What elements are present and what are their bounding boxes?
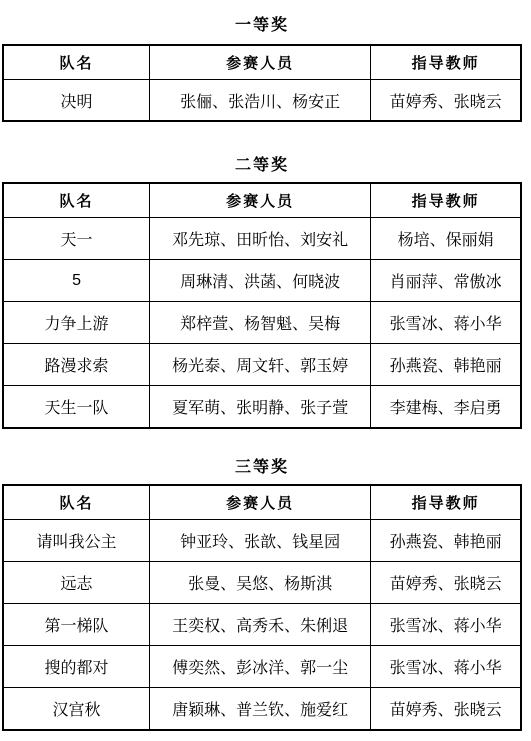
teachers-cell: 孙燕瓷、韩艳丽: [371, 344, 521, 386]
team-name-cell: 天一: [3, 218, 150, 260]
table-row: 决明 张俪、张浩川、杨安正 苗婷秀、张晓云: [3, 80, 521, 122]
column-header-participants: 参赛人员: [150, 183, 371, 218]
participants-cell: 周琳清、洪菡、何晓波: [150, 260, 371, 302]
teachers-cell: 张雪冰、蒋小华: [371, 646, 521, 688]
participants-cell: 张俪、张浩川、杨安正: [150, 80, 371, 122]
teachers-cell: 孙燕瓷、韩艳丽: [371, 520, 521, 562]
team-name-cell: 天生一队: [3, 386, 150, 429]
teachers-cell: 杨培、保丽娟: [371, 218, 521, 260]
table-row: 搜的都对 傅奕然、彭冰洋、郭一尘 张雪冰、蒋小华: [3, 646, 521, 688]
team-name-cell: 路漫求索: [3, 344, 150, 386]
column-header-participants: 参赛人员: [150, 485, 371, 520]
teachers-cell: 苗婷秀、张晓云: [371, 562, 521, 604]
team-name-cell: 请叫我公主: [3, 520, 150, 562]
table-row: 天生一队 夏军萌、张明静、张子萱 李建梅、李启勇: [3, 386, 521, 429]
teachers-cell: 苗婷秀、张晓云: [371, 688, 521, 731]
column-header-participants: 参赛人员: [150, 45, 371, 80]
participants-cell: 张曼、吴悠、杨斯淇: [150, 562, 371, 604]
team-name-cell: 力争上游: [3, 302, 150, 344]
participants-cell: 邓先琼、田昕怡、刘安礼: [150, 218, 371, 260]
column-header-team-name: 队名: [3, 183, 150, 218]
teachers-cell: 张雪冰、蒋小华: [371, 604, 521, 646]
participants-cell: 傅奕然、彭冰洋、郭一尘: [150, 646, 371, 688]
table-header-row: 队名 参赛人员 指导教师: [3, 485, 521, 520]
table-row: 远志 张曼、吴悠、杨斯淇 苗婷秀、张晓云: [3, 562, 521, 604]
table-row: 力争上游 郑梓萱、杨智魁、吴梅 张雪冰、蒋小华: [3, 302, 521, 344]
team-name-cell: 决明: [3, 80, 150, 122]
column-header-team-name: 队名: [3, 45, 150, 80]
table-row: 第一梯队 王奕权、高秀禾、朱俐退 张雪冰、蒋小华: [3, 604, 521, 646]
table-header-row: 队名 参赛人员 指导教师: [3, 183, 521, 218]
table-row: 汉宫秋 唐颖琳、普兰钦、施爱红 苗婷秀、张晓云: [3, 688, 521, 731]
table-row: 请叫我公主 钟亚玲、张歆、钱星园 孙燕瓷、韩艳丽: [3, 520, 521, 562]
section-title-third-prize: 三等奖: [2, 460, 522, 476]
table-row: 5 周琳清、洪菡、何晓波 肖丽萍、常傲冰: [3, 260, 521, 302]
participants-cell: 郑梓萱、杨智魁、吴梅: [150, 302, 371, 344]
team-name-cell: 搜的都对: [3, 646, 150, 688]
table-row: 天一 邓先琼、田昕怡、刘安礼 杨培、保丽娟: [3, 218, 521, 260]
teachers-cell: 肖丽萍、常傲冰: [371, 260, 521, 302]
second-prize-table: 队名 参赛人员 指导教师 天一 邓先琼、田昕怡、刘安礼 杨培、保丽娟 5 周琳清…: [2, 182, 522, 429]
first-prize-table: 队名 参赛人员 指导教师 决明 张俪、张浩川、杨安正 苗婷秀、张晓云: [2, 44, 522, 122]
participants-cell: 唐颖琳、普兰钦、施爱红: [150, 688, 371, 731]
third-prize-table: 队名 参赛人员 指导教师 请叫我公主 钟亚玲、张歆、钱星园 孙燕瓷、韩艳丽 远志…: [2, 484, 522, 731]
column-header-team-name: 队名: [3, 485, 150, 520]
participants-cell: 夏军萌、张明静、张子萱: [150, 386, 371, 429]
team-name-cell: 汉宫秋: [3, 688, 150, 731]
section-title-second-prize: 二等奖: [2, 158, 522, 174]
team-name-cell: 第一梯队: [3, 604, 150, 646]
team-name-cell: 5: [3, 260, 150, 302]
teachers-cell: 李建梅、李启勇: [371, 386, 521, 429]
team-name-cell: 远志: [3, 562, 150, 604]
column-header-teachers: 指导教师: [371, 183, 521, 218]
participants-cell: 钟亚玲、张歆、钱星园: [150, 520, 371, 562]
participants-cell: 杨光泰、周文轩、郭玉婷: [150, 344, 371, 386]
participants-cell: 王奕权、高秀禾、朱俐退: [150, 604, 371, 646]
table-header-row: 队名 参赛人员 指导教师: [3, 45, 521, 80]
section-title-first-prize: 一等奖: [2, 18, 522, 34]
teachers-cell: 张雪冰、蒋小华: [371, 302, 521, 344]
teachers-cell: 苗婷秀、张晓云: [371, 80, 521, 122]
awards-document: 一等奖 队名 参赛人员 指导教师 决明 张俪、张浩川、杨安正 苗婷秀、张晓云 二…: [0, 0, 531, 741]
column-header-teachers: 指导教师: [371, 45, 521, 80]
column-header-teachers: 指导教师: [371, 485, 521, 520]
table-row: 路漫求索 杨光泰、周文轩、郭玉婷 孙燕瓷、韩艳丽: [3, 344, 521, 386]
